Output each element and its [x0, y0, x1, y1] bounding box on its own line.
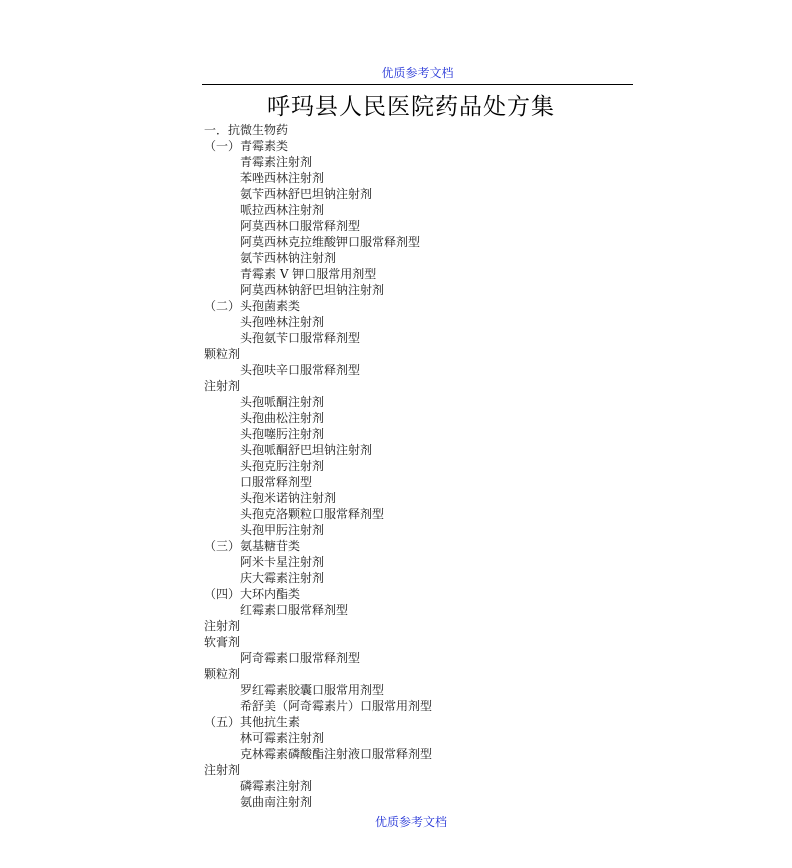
header-divider [202, 84, 633, 85]
drug-item: 头孢甲肟注射剂 [204, 522, 634, 538]
dosage-form-line: 注射剂 [204, 618, 634, 634]
header-link[interactable]: 优质参考文档 [202, 66, 633, 80]
drug-item: 哌拉西林注射剂 [204, 202, 634, 218]
drug-item: 阿奇霉素口服常释剂型 [204, 650, 634, 666]
dosage-form-line: 注射剂 [204, 762, 634, 778]
drug-item: 阿米卡星注射剂 [204, 554, 634, 570]
drug-item: 克林霉素磷酸酯注射液口服常释剂型 [204, 746, 634, 762]
drug-item: 阿莫西林钠舒巴坦钠注射剂 [204, 282, 634, 298]
document-body: 一．抗微生物药 （一）青霉素类 青霉素注射剂 苯唑西林注射剂 氨苄西林舒巴坦钠注… [204, 122, 634, 810]
drug-item: 头孢氨苄口服常释剂型 [204, 330, 634, 346]
drug-item: 磷霉素注射剂 [204, 778, 634, 794]
footer-link[interactable]: 优质参考文档 [202, 815, 620, 829]
drug-item: 罗红霉素胶囊口服常用剂型 [204, 682, 634, 698]
drug-item: 青霉素注射剂 [204, 154, 634, 170]
drug-item: 青霉素 V 钾口服常用剂型 [204, 266, 634, 282]
category-heading: （五）其他抗生素 [204, 714, 634, 730]
drug-item: 氨曲南注射剂 [204, 794, 634, 810]
drug-item: 头孢噻肟注射剂 [204, 426, 634, 442]
category-heading: （三）氨基糖苷类 [204, 538, 634, 554]
dosage-form-line: 注射剂 [204, 378, 634, 394]
drug-item: 红霉素口服常释剂型 [204, 602, 634, 618]
drug-item: 苯唑西林注射剂 [204, 170, 634, 186]
drug-item: 头孢哌酮注射剂 [204, 394, 634, 410]
drug-item: 林可霉素注射剂 [204, 730, 634, 746]
section-heading: 一．抗微生物药 [204, 122, 634, 138]
category-heading: （二）头孢菌素类 [204, 298, 634, 314]
drug-item: 阿莫西林口服常释剂型 [204, 218, 634, 234]
drug-item: 头孢唑林注射剂 [204, 314, 634, 330]
drug-item: 头孢克肟注射剂 [204, 458, 634, 474]
drug-item: 头孢克洛颗粒口服常释剂型 [204, 506, 634, 522]
drug-item: 氨苄西林舒巴坦钠注射剂 [204, 186, 634, 202]
dosage-form-line: 软膏剂 [204, 634, 634, 650]
drug-item: 庆大霉素注射剂 [204, 570, 634, 586]
drug-item: 头孢呋辛口服常释剂型 [204, 362, 634, 378]
drug-item: 氨苄西林钠注射剂 [204, 250, 634, 266]
drug-item: 阿莫西林克拉维酸钾口服常释剂型 [204, 234, 634, 250]
dosage-form-line: 颗粒剂 [204, 346, 634, 362]
category-heading: （四）大环内酯类 [204, 586, 634, 602]
document-title: 呼玛县人民医院药品处方集 [202, 92, 620, 122]
drug-item: 头孢哌酮舒巴坦钠注射剂 [204, 442, 634, 458]
category-heading: （一）青霉素类 [204, 138, 634, 154]
drug-item: 口服常释剂型 [204, 474, 634, 490]
dosage-form-line: 颗粒剂 [204, 666, 634, 682]
drug-item: 头孢曲松注射剂 [204, 410, 634, 426]
drug-item: 希舒美（阿奇霉素片）口服常用剂型 [204, 698, 634, 714]
drug-item: 头孢米诺钠注射剂 [204, 490, 634, 506]
